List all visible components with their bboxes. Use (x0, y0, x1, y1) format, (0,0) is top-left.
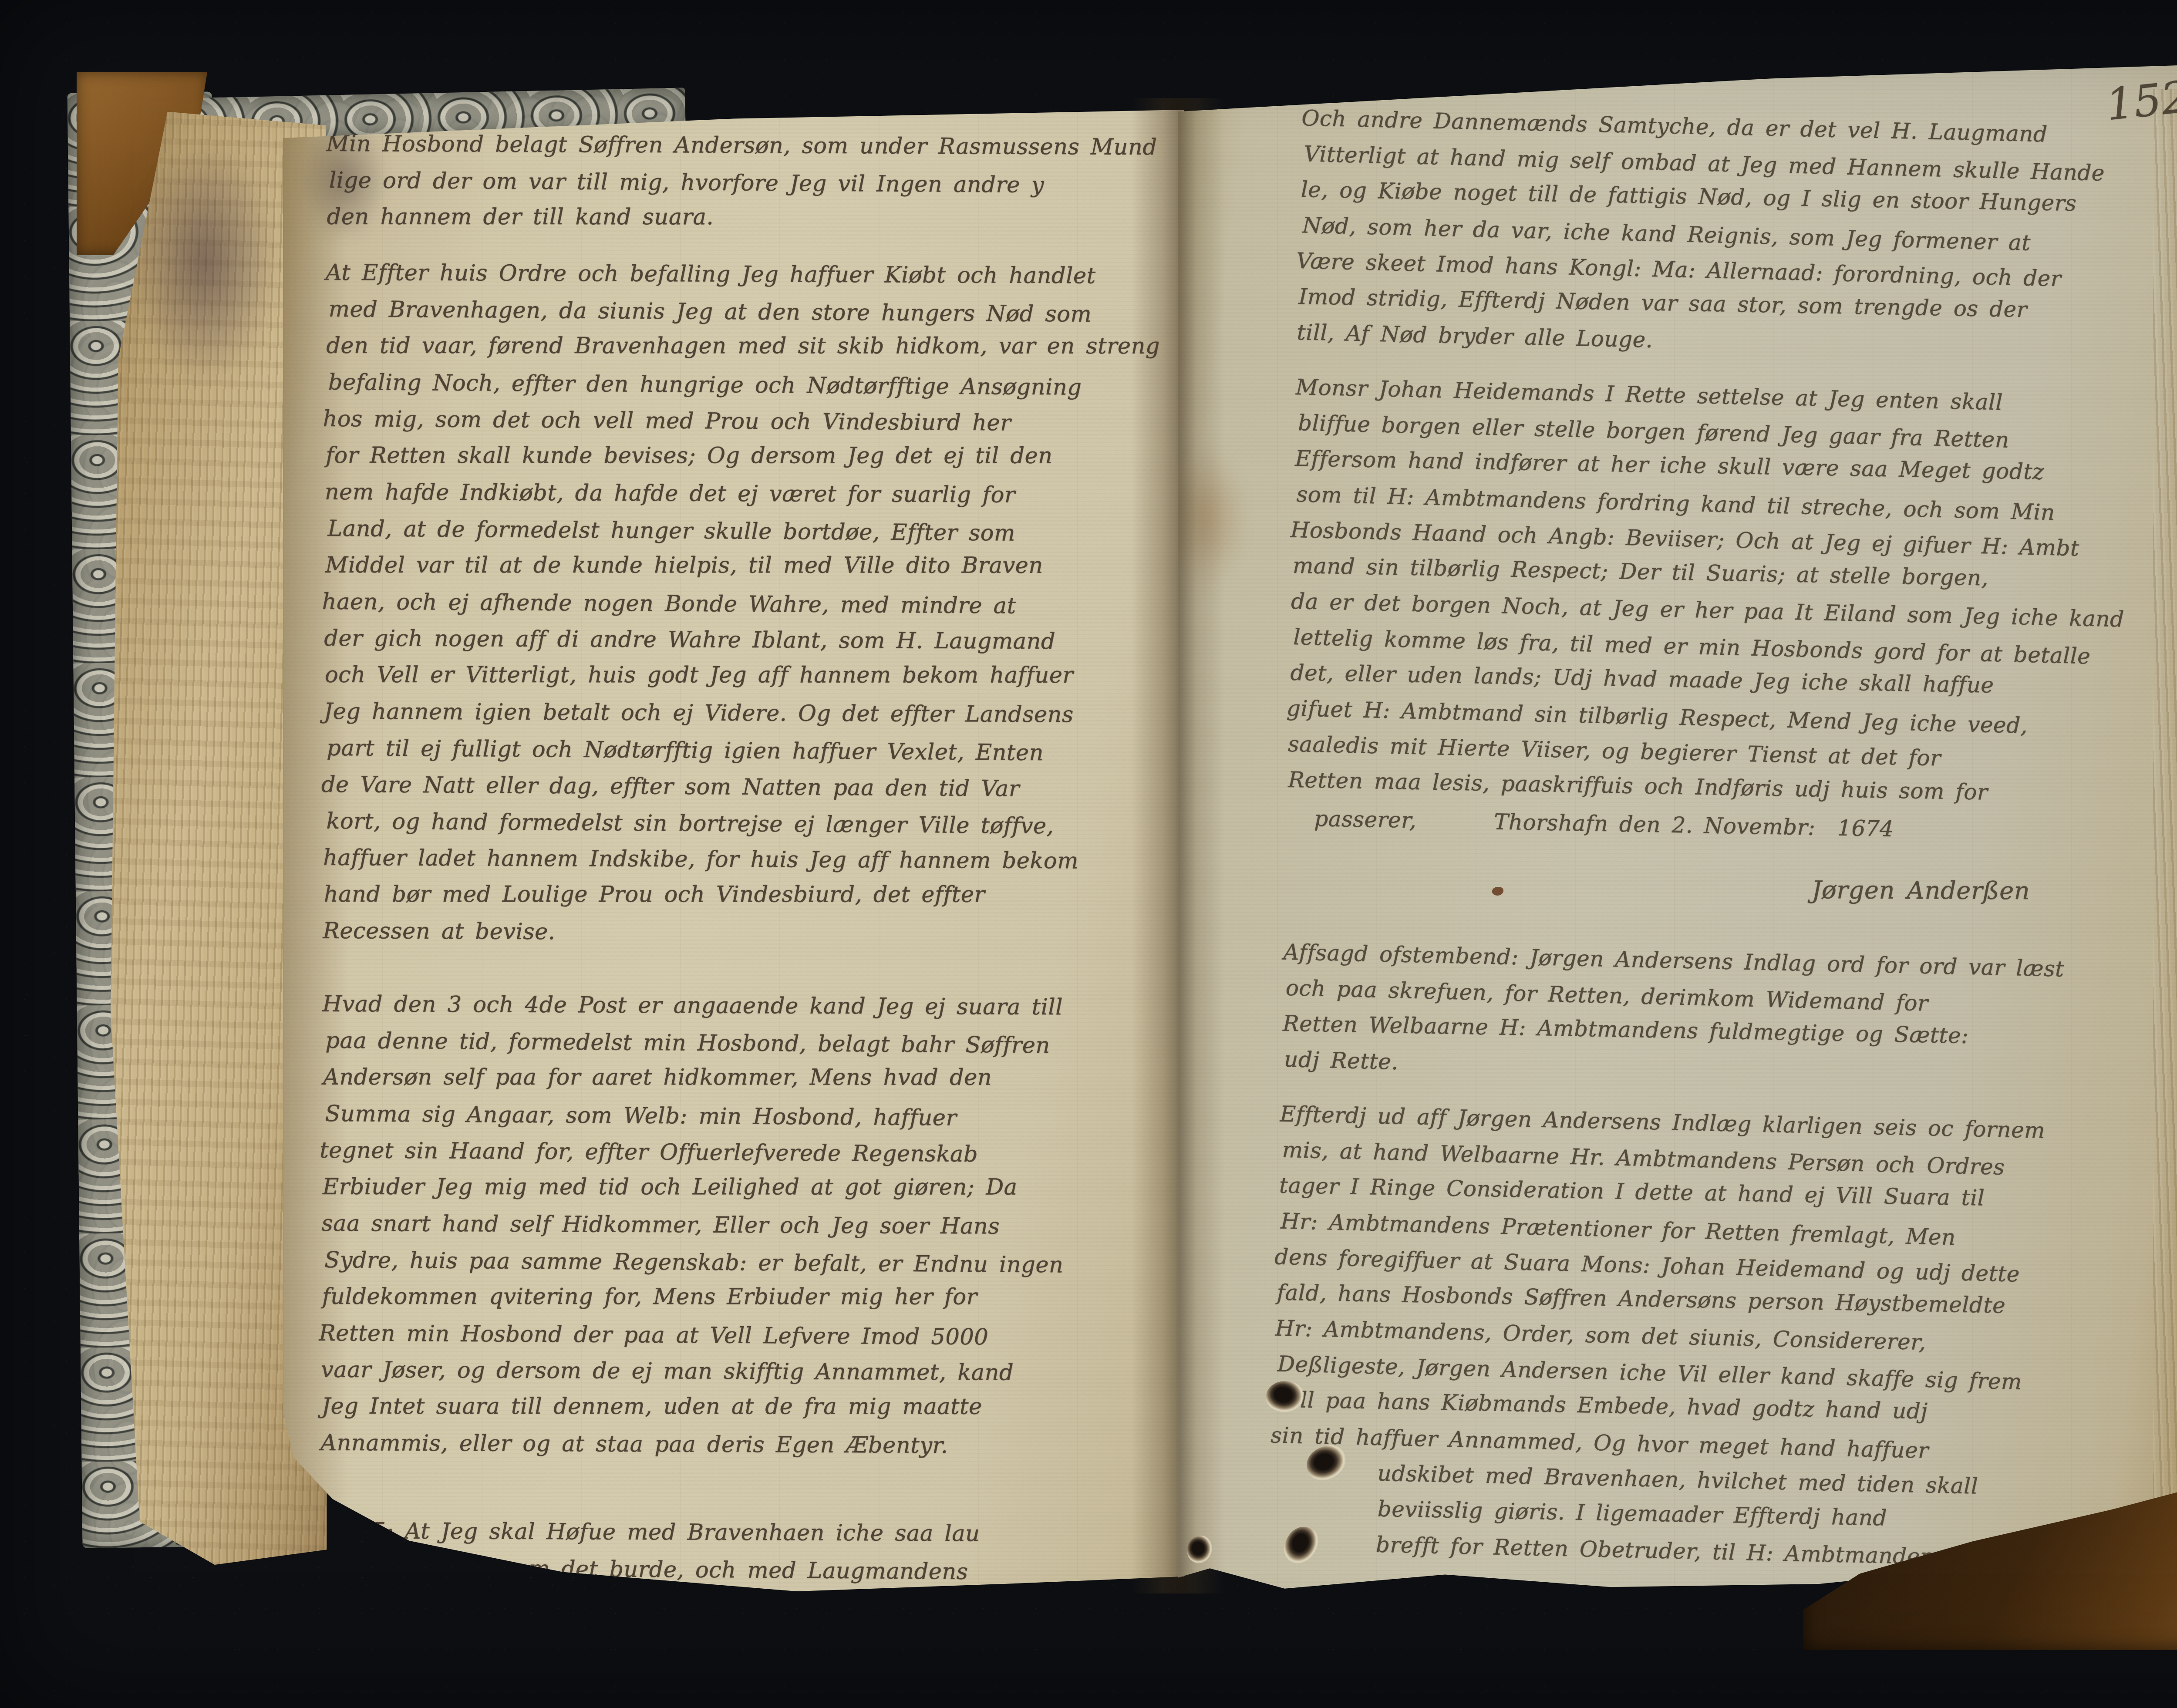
manuscript-line: haffuer ladet hannem Indskibe, for huis … (323, 840, 1159, 880)
paragraph-fifth-post: 5: At Jeg skal Høfue med Bravenhaen iche… (320, 1513, 1156, 1590)
manuscript-line: befaling Noch, effter den hungrige och N… (328, 364, 1165, 407)
manuscript-line: paa denne tid, formedelst min Hosbond, b… (325, 1023, 1162, 1065)
manuscript-line: der gich nogen aff di andre Wahre Iblant… (324, 620, 1160, 660)
manuscript-line: vaar Jøser, og dersom de ej man skifftig… (321, 1352, 1157, 1392)
manuscript-line: den hannem der till kand suara. (327, 199, 1163, 236)
left-page-handwritten-text: Min Hosbond belagt Søffren Andersøn, som… (320, 126, 1163, 1609)
manuscript-line: Middel var til at de kunde hielpis, til … (325, 547, 1161, 584)
archival-photo-backdrop: Min Hosbond belagt Søffren Andersøn, som… (0, 0, 2177, 1708)
manuscript-line: Erbiuder Jeg mig med tid och Leilighed a… (323, 1169, 1159, 1206)
right-page-handwritten-text: Och andre Dannemænds Samtyche, da er det… (1270, 100, 2177, 1600)
manuscript-line: och Vell er Vitterligt, huis godt Jeg af… (325, 657, 1161, 694)
manuscript-line: part til ej fulligt och Nødtørfftig igie… (327, 730, 1163, 772)
manuscript-line: Min Hosbond belagt Søffren Andersøn, som… (326, 126, 1162, 166)
manuscript-line: fuldekommen qvitering for, Mens Erbiuder… (322, 1279, 1158, 1316)
manuscript-line: saa snart hand self Hidkommer, Eller och… (321, 1206, 1157, 1246)
manuscript-line: Hvad den 3 och 4de Post er angaaende kan… (322, 986, 1158, 1026)
manuscript-line: tegnet sin Haand for, effter Offuerlefve… (320, 1132, 1156, 1174)
manuscript-line: Annammis, eller og at staa paa deris Ege… (320, 1425, 1156, 1465)
paragraph-samtycke: Och andre Dannemænds Samtyche, da er det… (1297, 100, 2177, 371)
manuscript-line: Recessen at bevise. (323, 913, 1159, 953)
paragraph-reply-intro: Min Hosbond belagt Søffren Andersøn, som… (326, 126, 1162, 239)
manuscript-line: Jeg Intet suara till dennem, uden at de … (322, 1388, 1158, 1425)
paragraph-second-post: At Effter huis Ordre och befalling Jeg h… (323, 255, 1162, 953)
signature-jorgen-anderssen: Jørgen Anderßen (1812, 873, 2177, 910)
manuscript-line: haen, och ej afhende nogen Bonde Wahre, … (322, 584, 1158, 626)
paragraph-third-fourth-post: Hvad den 3 och 4de Post er angaaende kan… (320, 986, 1159, 1465)
manuscript-line: den tid vaar, førend Bravenhagen med sit… (326, 328, 1162, 365)
manuscript-line: lige ord der om var till mig, hvorfore J… (329, 162, 1166, 205)
paragraph-court-ruling: Effterdj ud aff Jørgen Andersens Indlæg … (1270, 1096, 2177, 1580)
manuscript-line: Retten min Hosbond der paa at Vell Lefve… (319, 1315, 1155, 1357)
manuscript-line: Sydre, huis paa samme Regenskab: er befa… (324, 1242, 1161, 1284)
right-page: 152 Och andre Dannemænds Samtyche, da er… (1178, 63, 2177, 1626)
manuscript-line: Summa sig Angaar, som Welb: min Hosbond,… (325, 1096, 1161, 1138)
manuscript-line: hos mig, som det och vell med Prou och V… (323, 401, 1159, 443)
manuscript-line: hand bør med Loulige Prou och Vindesbiur… (324, 876, 1160, 913)
manuscript-line: Jeg hannem igien betalt och ej Videre. O… (324, 694, 1159, 734)
manuscript-line: Andersøn self paa for aaret hidkommer, M… (323, 1059, 1159, 1096)
manuscript-line: lig omgaaedes som det burde, och med Lau… (323, 1550, 1159, 1592)
manuscript-line: for Retten skall kunde bevises; Og derso… (326, 438, 1162, 475)
manuscript-line: Land, at de formedelst hunger skulle bor… (327, 511, 1164, 553)
manuscript-line: At Effter huis Ordre och befalling Jeg h… (326, 255, 1162, 295)
manuscript-line: med Bravenhagen, da siunis Jeg at den st… (328, 291, 1165, 334)
manuscript-line: 5: At Jeg skal Høfue med Bravenhaen iche… (371, 1513, 1156, 1553)
book-gutter-shadow (1131, 98, 1225, 1593)
paragraph-court-reading: Affsagd ofstembend: Jørgen Andersens Ind… (1281, 934, 2177, 1098)
left-page: Min Hosbond belagt Søffren Andersøn, som… (283, 102, 1184, 1591)
stack-damp-stain (131, 139, 279, 383)
paragraph-heideman-answer: Monsr Johan Heidemands I Rette settelse … (1287, 369, 2177, 818)
manuscript-line: kort, og hand formedelst sin bortrejse e… (326, 803, 1163, 846)
manuscript-line: de Vare Natt eller dag, effter som Natte… (321, 767, 1157, 809)
manuscript-line: nem hafde Indkiøbt, da hafde det ej være… (325, 474, 1161, 514)
